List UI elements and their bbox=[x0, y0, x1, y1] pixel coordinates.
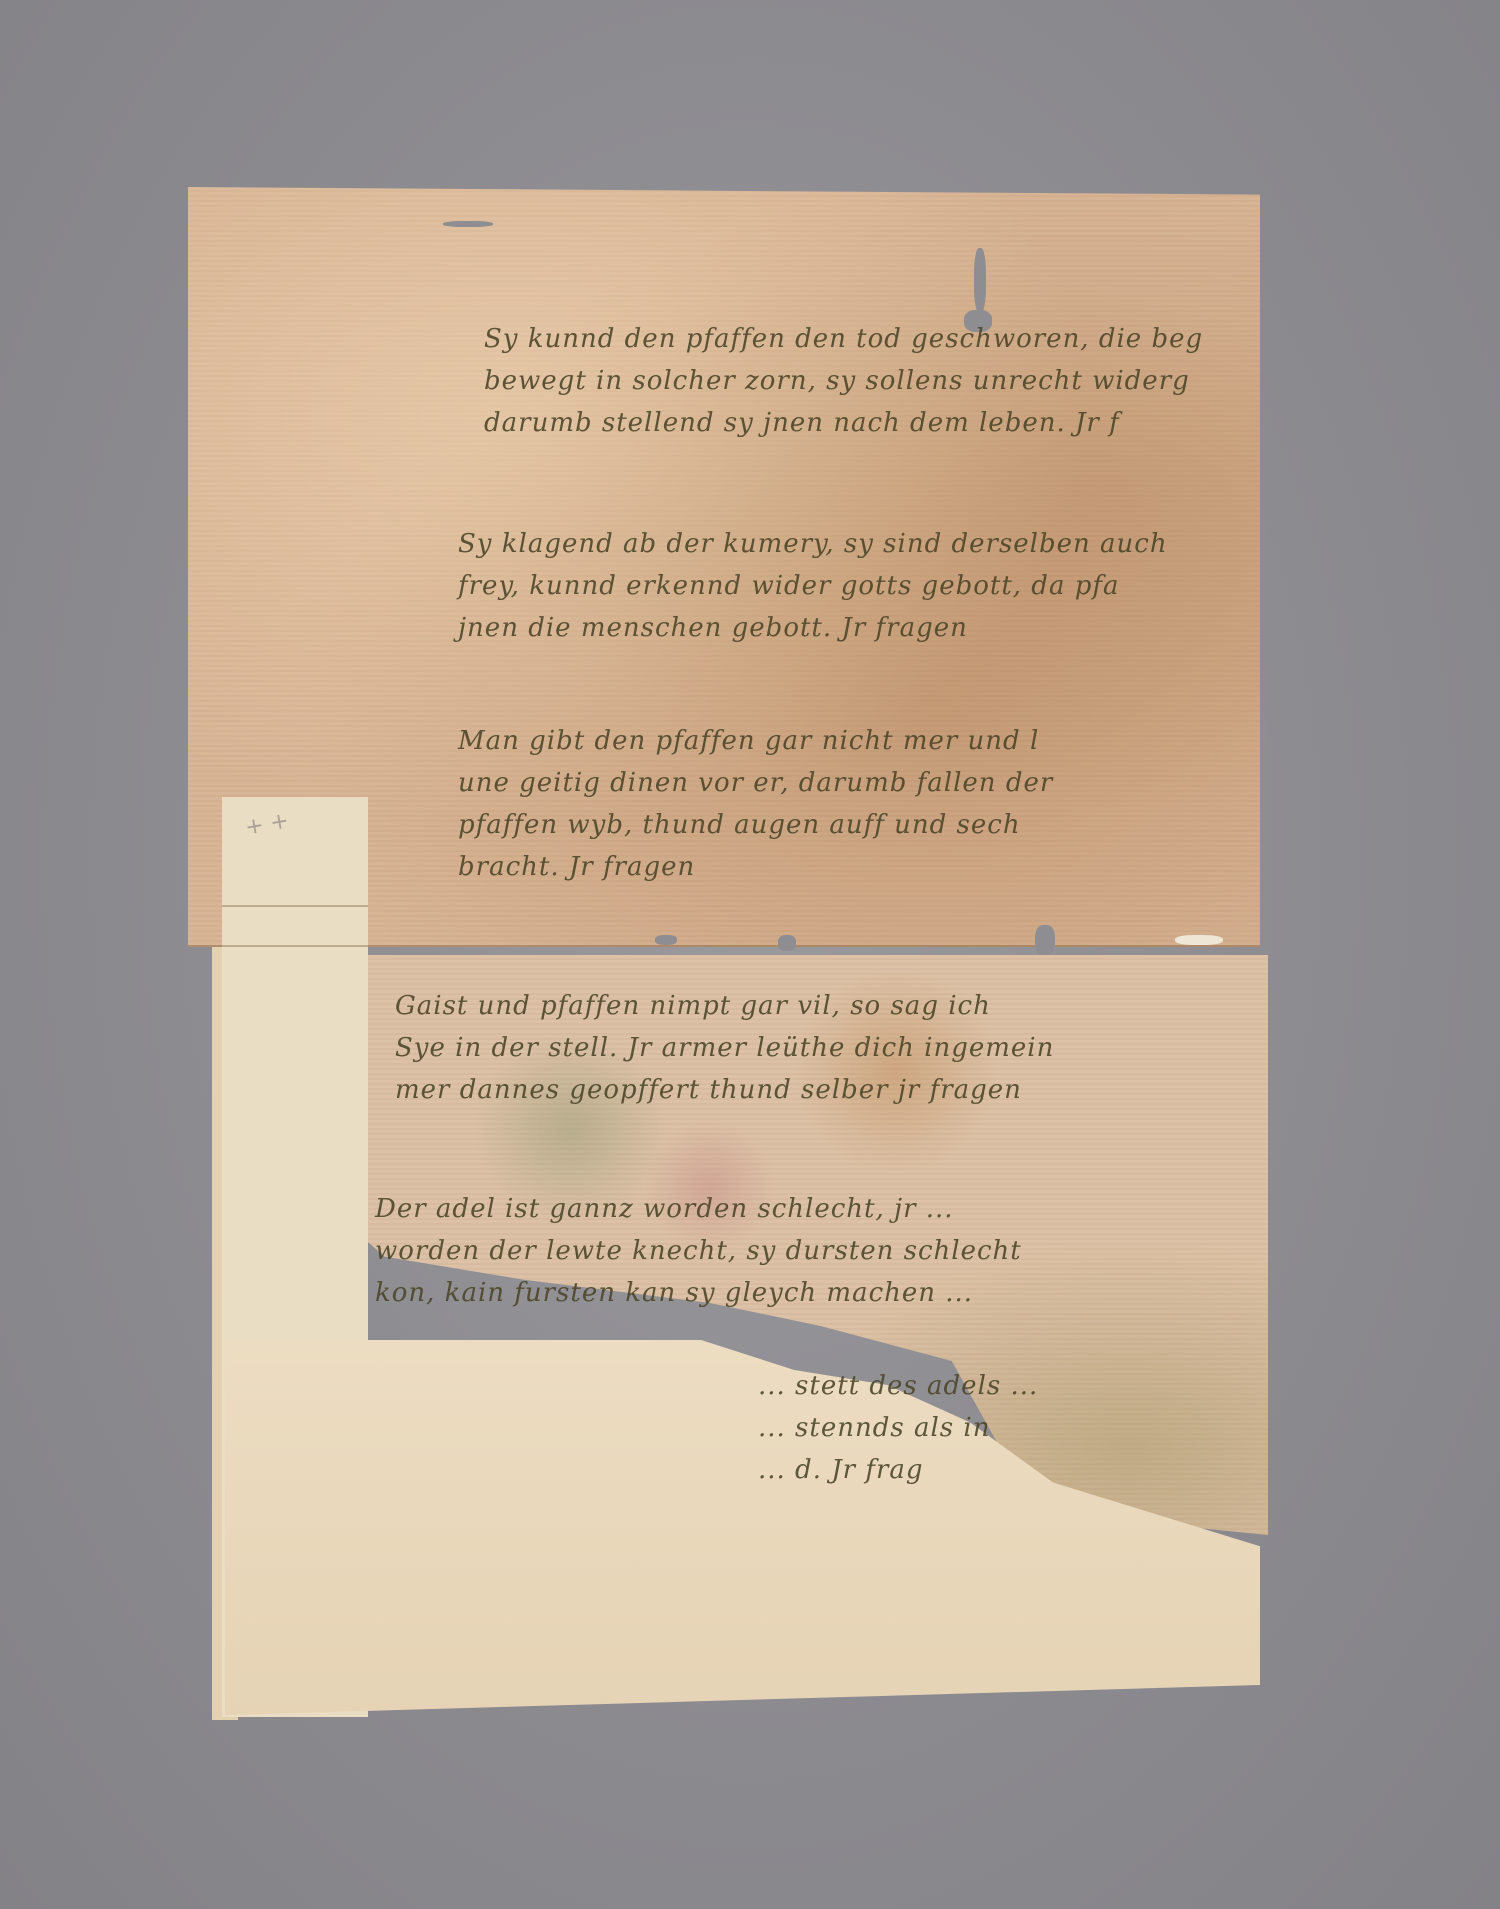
worm-hole bbox=[778, 935, 796, 951]
text-line: frey, kunnd erkennd wider gotts gebott, … bbox=[458, 565, 1168, 607]
text-line: kon, kain fursten kan sy gleych machen .… bbox=[375, 1272, 1022, 1314]
text-line: Man gibt den pfaffen gar nicht mer und l bbox=[458, 720, 1053, 762]
text-line: Sy kunnd den pfaffen den tod geschworen,… bbox=[484, 318, 1203, 360]
worm-hole bbox=[655, 935, 677, 945]
fold-line bbox=[188, 945, 1260, 947]
text-line: Sy klagend ab der kumery, sy sind dersel… bbox=[458, 523, 1168, 565]
text-line: bracht. Jr fragen bbox=[458, 846, 1053, 888]
text-line: ... stennds als in bbox=[758, 1407, 1038, 1449]
text-line: bewegt in solcher zorn, sy sollens unrec… bbox=[484, 360, 1203, 402]
text-line: darumb stellend sy jnen nach dem leben. … bbox=[484, 402, 1203, 444]
text-line: ... stett des adels ... bbox=[758, 1365, 1038, 1407]
text-line: Gaist und pfaffen nimpt gar vil, so sag … bbox=[395, 985, 1054, 1027]
text-line: pfaffen wyb, thund augen auff und sech bbox=[458, 804, 1053, 846]
text-line: jnen die menschen gebott. Jr fragen bbox=[458, 607, 1168, 649]
pin-hole-mark bbox=[443, 221, 493, 227]
paragraph-6: ... stett des adels ... ... stennds als … bbox=[758, 1365, 1038, 1491]
paragraph-2: Sy klagend ab der kumery, sy sind dersel… bbox=[458, 523, 1168, 649]
text-line: une geitig dinen vor er, darumb fallen d… bbox=[458, 762, 1053, 804]
worm-hole bbox=[1175, 935, 1223, 945]
text-line: mer dannes geopffert thund selber jr fra… bbox=[395, 1069, 1054, 1111]
text-line: worden der lewte knecht, sy dursten schl… bbox=[375, 1230, 1022, 1272]
paragraph-5: Der adel ist gannz worden schlecht, jr .… bbox=[375, 1188, 1022, 1314]
repair-fold-line bbox=[222, 905, 368, 907]
worm-hole bbox=[1035, 925, 1055, 955]
text-line: Sye in der stell. Jr armer leüthe dich i… bbox=[395, 1027, 1054, 1069]
paragraph-1: Sy kunnd den pfaffen den tod geschworen,… bbox=[484, 318, 1203, 444]
paragraph-4: Gaist und pfaffen nimpt gar vil, so sag … bbox=[395, 985, 1054, 1111]
text-line: ... d. Jr frag bbox=[758, 1449, 1038, 1491]
text-line: Der adel ist gannz worden schlecht, jr .… bbox=[375, 1188, 1022, 1230]
worm-hole bbox=[974, 248, 986, 313]
paragraph-3: Man gibt den pfaffen gar nicht mer und l… bbox=[458, 720, 1053, 888]
